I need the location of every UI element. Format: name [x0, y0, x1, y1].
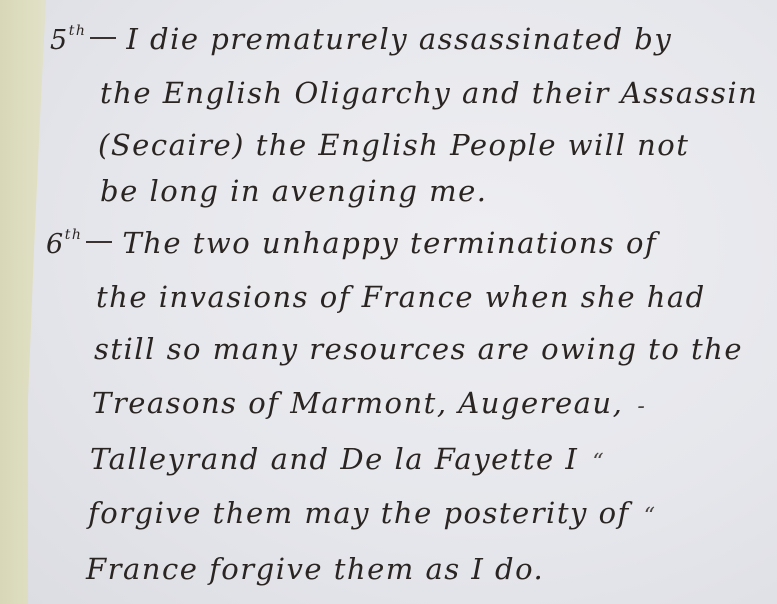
- manuscript-line: the English Oligarchy and their Assassin: [100, 76, 758, 110]
- ditto-mark: -: [637, 394, 646, 419]
- manuscript-line: France forgive them as I do.: [86, 552, 544, 586]
- manuscript-line: The two unhappy terminations of: [122, 226, 657, 260]
- manuscript-line: Treasons of Marmont, Augereau,-: [92, 386, 646, 420]
- manuscript-line: still so many resources are owing to the: [94, 332, 743, 366]
- ditto-mark: “: [644, 504, 657, 529]
- ditto-mark: “: [592, 450, 605, 475]
- manuscript-line: I die prematurely assassinated by: [126, 22, 672, 56]
- dash: [90, 37, 116, 39]
- paragraph-number-5-line: 5thI die prematurely assassinated by: [50, 22, 672, 56]
- manuscript-line: Talleyrand and De la Fayette I“: [90, 442, 605, 476]
- manuscript-line: be long in avenging me.: [100, 174, 488, 208]
- manuscript-line: (Secaire) the English People will not: [98, 128, 689, 162]
- manuscript-line: forgive them may the posterity of“: [88, 496, 657, 530]
- paragraph-number: 6th: [46, 229, 82, 260]
- dash: [86, 241, 112, 243]
- manuscript-line: the invasions of France when she had: [96, 280, 706, 314]
- paragraph-number-6-line: 6thThe two unhappy terminations of: [46, 226, 657, 260]
- paragraph-number: 5th: [50, 25, 86, 56]
